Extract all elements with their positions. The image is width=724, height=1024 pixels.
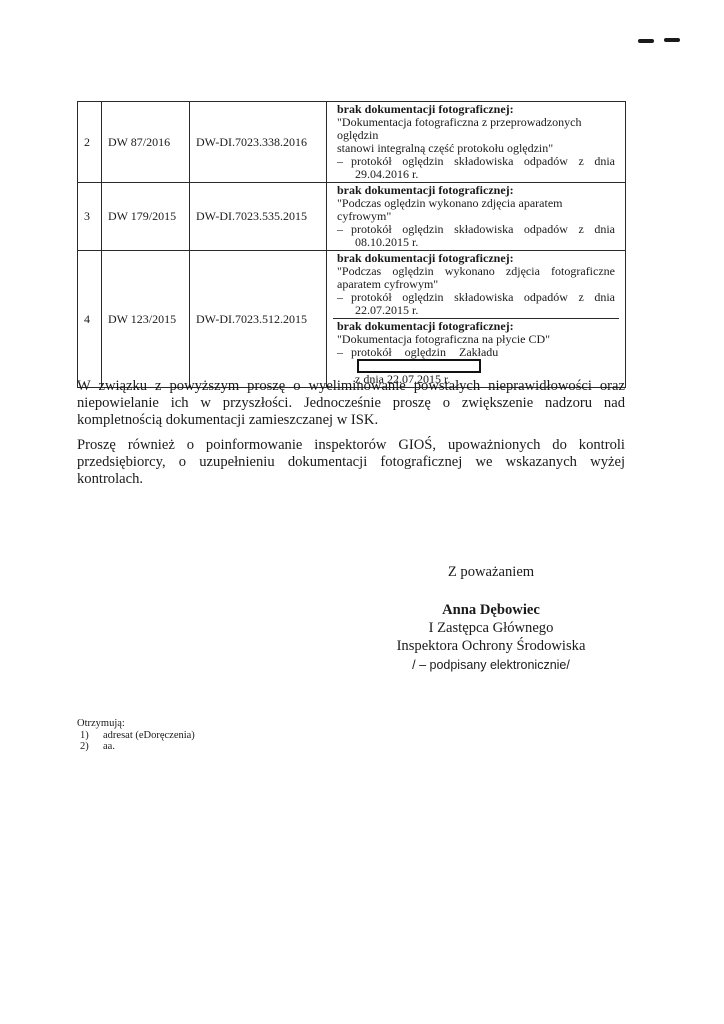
item-text: adresat (eDoręczenia) (103, 730, 195, 742)
finding-item: brak dokumentacji fotograficznej: "Podcz… (333, 183, 619, 250)
closing-greeting: Z poważaniem (380, 563, 602, 581)
finding-description: brak dokumentacji fotograficznej: "Podcz… (327, 251, 626, 388)
protocol-ref: – protokół oględzin Zakładu (337, 346, 615, 373)
recipients-label: Otrzymują: (77, 718, 195, 730)
list-dash: – (337, 155, 351, 168)
redacted-box (357, 359, 481, 373)
case-signature: DW-DI.7023.512.2015 (190, 251, 327, 388)
finding-description: brak dokumentacji fotograficznej: "Podcz… (327, 183, 626, 251)
signatory-role: I Zastępca Głównego (380, 619, 602, 637)
protocol-date: 22.07.2015 r. (337, 304, 615, 317)
inspection-findings-table: 2 DW 87/2016 DW-DI.7023.338.2016 brak do… (77, 101, 626, 388)
table-row: 2 DW 87/2016 DW-DI.7023.338.2016 brak do… (78, 102, 626, 183)
row-number: 4 (78, 251, 102, 388)
row-number: 2 (78, 102, 102, 183)
finding-description: brak dokumentacji fotograficznej: "Dokum… (327, 102, 626, 183)
body-paragraph-2: Proszę również o poinformowanie inspekto… (77, 437, 625, 488)
recipients-list: Otrzymują: 1) adresat (eDoręczenia) 2) a… (77, 718, 195, 753)
signatory-role: Inspektora Ochrony Środowiska (380, 637, 602, 655)
protocol-date: 29.04.2016 r. (337, 168, 615, 181)
dash-mark (638, 39, 654, 43)
electronic-signature-note: / – podpisany elektronicznie/ (380, 656, 602, 674)
signatory-name: Anna Dębowiec (380, 601, 602, 619)
finding-quote: "Podczas oględzin wykonano zdjęcia apara… (337, 197, 615, 223)
list-dash: – (337, 346, 351, 373)
finding-item: brak dokumentacji fotograficznej: "Dokum… (333, 319, 619, 387)
case-signature: DW-DI.7023.535.2015 (190, 183, 327, 251)
finding-item: brak dokumentacji fotograficznej: "Dokum… (333, 102, 619, 182)
finding-quote: "Dokumentacja fotograficzna z przeprowad… (337, 116, 615, 142)
list-dash: – (337, 223, 351, 236)
case-signature: DW-DI.7023.338.2016 (190, 102, 327, 183)
dw-number: DW 123/2015 (102, 251, 190, 388)
table-row: 3 DW 179/2015 DW-DI.7023.535.2015 brak d… (78, 183, 626, 251)
list-dash: – (337, 291, 351, 304)
row-number: 3 (78, 183, 102, 251)
body-paragraph-1: W związku z powyższym proszę o wyelimino… (77, 378, 625, 429)
dw-number: DW 87/2016 (102, 102, 190, 183)
list-item: 1) adresat (eDoręczenia) (77, 730, 195, 742)
dash-mark (664, 38, 680, 42)
protocol-text-wrap: protokół oględzin Zakładu (351, 346, 615, 373)
protocol-date: 08.10.2015 r. (337, 236, 615, 249)
table-row: 4 DW 123/2015 DW-DI.7023.512.2015 brak d… (78, 251, 626, 388)
item-number: 1) (77, 730, 103, 742)
list-item: 2) aa. (77, 741, 195, 753)
item-number: 2) (77, 741, 103, 753)
finding-item: brak dokumentacji fotograficznej: "Podcz… (333, 251, 619, 319)
protocol-text: protokół oględzin Zakładu (351, 345, 498, 359)
item-text: aa. (103, 741, 115, 753)
dw-number: DW 179/2015 (102, 183, 190, 251)
